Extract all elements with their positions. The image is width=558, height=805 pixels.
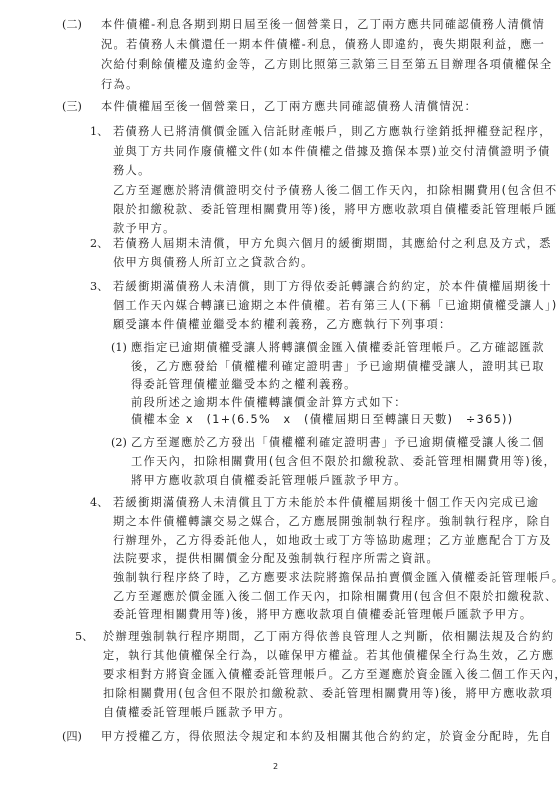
paragraph-line: 前段所述之逾期本件債權轉讓價金計算方式如下： <box>131 396 407 410</box>
document-page: (二) 本件債權-利息各期到期日屆至後一個營業日，乙丁兩方應共同確認債務人清償情… <box>0 0 558 805</box>
paragraph-line: 工作天內，扣除相關費用(包含但不限於扣繳稅款、委託管理相關費用等)後， <box>131 455 556 469</box>
paragraph-line: 強制執行程序終了時，乙方應要求法院將擔保品拍賣價金匯入債權委託管理帳戶。 <box>113 571 558 585</box>
paragraph-line: 定，執行其他債權保全行為，以確保甲方權益。若其他債權保全行為生效，乙方應 <box>103 649 554 663</box>
paragraph-line: 依甲方與債務人所訂立之貸款合約。 <box>113 256 314 270</box>
paragraph-line: 乙方至遲應於乙方發出「債權權利確定證明書」予已逾期債權受讓人後二個 <box>131 436 545 450</box>
item-marker: 4、 <box>90 496 108 510</box>
paragraph-line: 委託管理相關費用等)後，將甲方應收款項自債權委託管理帳戶匯款予甲方。 <box>113 608 532 622</box>
paragraph-line: 個工作天內媒合轉讓已逾期之本件債權。若有第三人(下稱「已逾期債權受讓人」) <box>113 299 558 313</box>
paragraph-line: 行辦理外，乙方得委託他人，如地政士或丁方等協助處理；乙方並應配合丁方及 <box>113 534 552 548</box>
paragraph-line: 若緩衝期滿債務人未清償，則丁方得依委託轉讓合約約定，於本件債權屆期後十 <box>113 280 552 294</box>
page-number: 2 <box>273 762 278 772</box>
formula-line: 債權本金 x (1+(6.5% x (債權屆期日至轉讓日天數) ÷365)) <box>131 413 514 427</box>
paragraph-line: 於辦理強制執行程序期間，乙丁兩方得依善良管理人之判斷，依相關法規及合約約 <box>103 630 554 644</box>
item-marker: 2、 <box>90 237 108 251</box>
paragraph-line: 若債務人屆期未清償，甲方允與六個月的緩衝期間，其應給付之利息及方式，悉 <box>113 237 552 251</box>
paragraph-line: 要求相對方將資金匯入債權委託管理帳戶。乙方至遲應於資金匯入後二個工作天內， <box>103 668 558 682</box>
paragraph-line: 款予甲方。 <box>113 222 176 236</box>
paragraph-line: 願受讓本件債權並繼受本約權利義務，乙方應執行下列事項： <box>113 318 452 332</box>
section-marker: (三) <box>62 100 82 114</box>
paragraph-line: 乙方至遲應於將清償證明交付予債務人後二個工作天內，扣除相關費用(包含但不 <box>113 184 558 198</box>
paragraph-line: 將甲方應收款項自債權委託管理帳戶匯款予甲方。 <box>131 474 407 488</box>
paragraph-line: 若債務人已將清償價金匯入信託財產帳戶，則乙方應執行塗銷抵押權登記程序， <box>113 125 552 139</box>
paragraph-line: 本件債權-利息各期到期日屆至後一個營業日，乙丁兩方應共同確認債務人清償情 <box>101 18 545 32</box>
paragraph-line: 限於扣繳稅款、委託管理相關費用等)後，將甲方應收款項自債權委託管理帳戶匯 <box>113 203 558 217</box>
item-marker: 3、 <box>90 280 108 294</box>
paragraph-line: 若緩衝期滿債務人未清償且丁方未能於本件債權屆期後十個工作天內完成已逾 <box>113 496 539 510</box>
paragraph-line: 甲方授權乙方，得依照法令規定和本約及相關其他合約約定，於資金分配時，先自 <box>101 730 552 744</box>
paragraph-line: 扣除相關費用(包含但不限於扣繳稅款、委託管理相關費用等)後，將甲方應收款項 <box>103 687 553 701</box>
paragraph-line: 應指定已逾期債權受讓人將轉讓價金匯入債權委託管理帳戶。乙方確認匯款 <box>131 341 545 355</box>
item-marker: 5、 <box>75 630 93 644</box>
paragraph-line: 次給付剩餘債權及違約金等，乙方則比照第三款第三目至第五目辦理各項債權保全 <box>101 58 552 72</box>
paragraph-line: 況。若債務人未償還任一期本件債權-利息，債務人即違約，喪失期限利益，應一 <box>101 38 545 52</box>
paragraph-line: 本件債權屆至後一個營業日，乙丁兩方應共同確認債務人清償情況： <box>101 100 477 114</box>
paragraph-line: 期之本件債權轉讓交易之媒合，乙方應展開強制執行程序。強制執行程序，除自 <box>113 515 552 529</box>
paragraph-line: 並與丁方共同作廢債權文件(如本件債權之借據及擔保本票)並交付清償證明予債 <box>113 145 551 159</box>
subitem-marker: (2) <box>111 436 127 450</box>
item-marker: 1、 <box>90 125 108 139</box>
paragraph-line: 法院要求，提供相關價金分配及強制執行程序所需之資訊。 <box>113 552 439 566</box>
paragraph-line: 務人。 <box>113 164 151 178</box>
paragraph-line: 後，乙方應發給「債權權利確定證明書」予已逾期債權受讓人，證明其已取 <box>131 360 545 374</box>
paragraph-line: 自債權委託管理帳戶匯款予甲方。 <box>103 706 291 720</box>
paragraph-line: 得委託管理債權並繼受本約之權利義務。 <box>131 378 357 392</box>
section-marker: (四) <box>62 730 82 744</box>
subitem-marker: (1) <box>111 341 127 355</box>
paragraph-line: 乙方至遲應於價金匯入後二個工作天內，扣除相關費用(包含但不限於扣繳稅款、 <box>113 590 558 604</box>
section-marker: (二) <box>62 18 82 32</box>
paragraph-line: 行為。 <box>101 78 139 92</box>
